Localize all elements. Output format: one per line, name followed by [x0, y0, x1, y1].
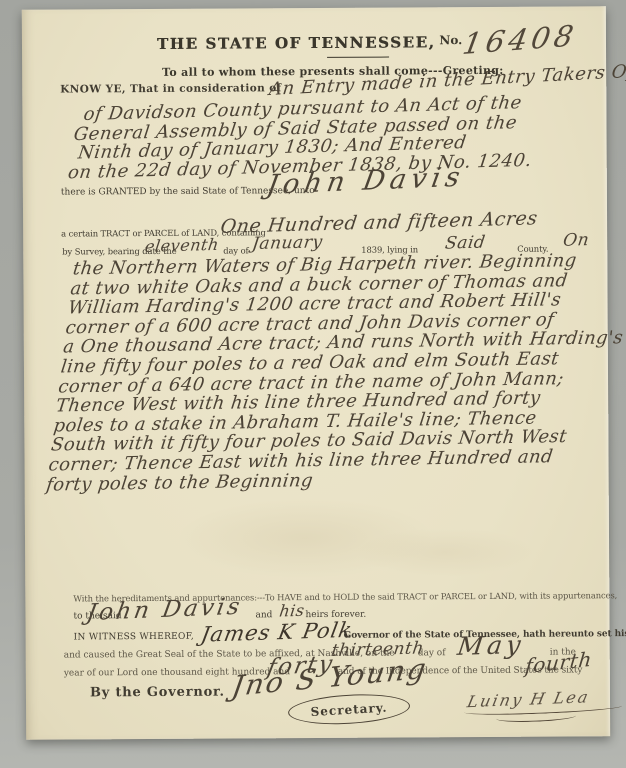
secretary-label: Secretary. — [310, 700, 388, 718]
witness-printed-a: IN WITNESS WHEREOF, — [74, 632, 194, 643]
survey-written-day: eleventh — [144, 235, 220, 256]
survey-printed-b: day of — [223, 245, 248, 255]
year-written-fourth: fourth — [524, 647, 593, 678]
governor-signature: James K Polk — [199, 618, 355, 647]
document-header: THE STATE OF TENNESSEE, No. 16408 — [157, 32, 577, 59]
by-the-governor: By the Governor. — [90, 685, 225, 701]
paper-stain — [175, 497, 435, 579]
survey-written-month: January — [251, 232, 324, 254]
tract-description-handwriting: the Northern Waters of Big Harpeth river… — [45, 250, 626, 495]
survey-written-county: Said — [444, 233, 487, 254]
state-title: THE STATE OF TENNESSEE, — [157, 33, 436, 53]
habendum-printed-b: and — [255, 610, 272, 620]
number-label: No. — [439, 33, 462, 47]
grant-number: 16408 — [461, 19, 581, 61]
seal-written-month: May — [456, 630, 527, 661]
paper-stain — [355, 527, 535, 578]
secretary-oval-flourish: Secretary. — [287, 691, 410, 727]
document-paper: THE STATE OF TENNESSEE, No. 16408 To all… — [22, 6, 610, 740]
habendum-written-his: his — [278, 601, 306, 621]
know-ye-printed: KNOW YE, That in consideration of — [60, 82, 281, 95]
title-rule — [327, 57, 389, 58]
survey-written-on: On — [562, 230, 591, 251]
photo-of-land-grant: { "photo": { "background_color": "#a8aaa… — [0, 0, 626, 768]
